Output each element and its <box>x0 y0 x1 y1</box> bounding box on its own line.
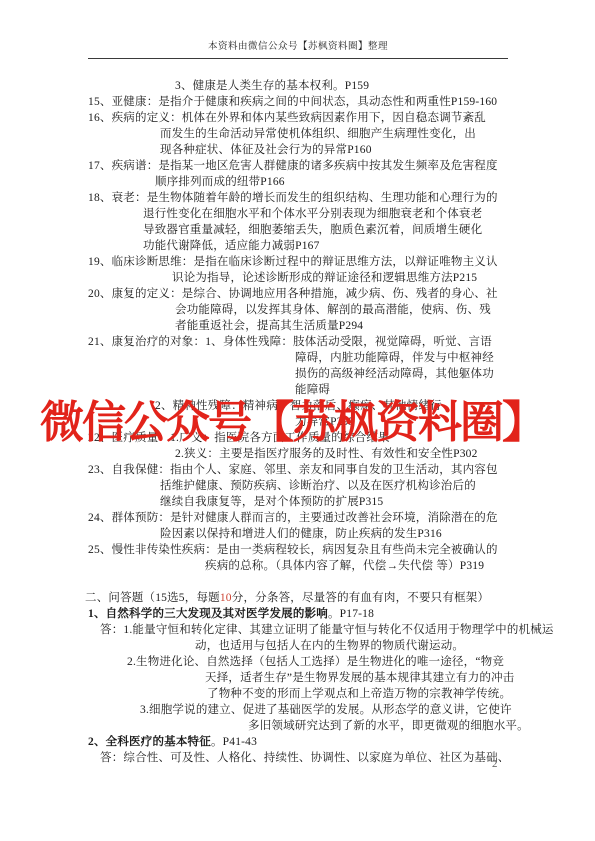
text-segment: 22、医疗质量：1.广义：指医院各方面工作质量的综合结果 <box>88 432 390 444</box>
text-segment: 24、群体预防：是针对健康人群而言的，主要通过改善社会环境，消除潜在的危 <box>88 512 498 524</box>
text-line: 答：综合性、可及性、人格化、持续性、协调性、以家庭为单位、社区为基础、 <box>0 750 595 766</box>
text-segment: 现各种症状、体征及社会行为的异常P160 <box>160 144 372 156</box>
text-line: 22、医疗质量：1.广义：指医院各方面工作质量的综合结果 <box>0 430 595 446</box>
text-line: 会功能障碍，以发挥其身体、解剖的最高潜能，使病、伤、残 <box>0 302 595 318</box>
text-segment: 险因素以保持和增进人们的健康，防止疾病的发生P316 <box>160 528 442 540</box>
text-segment: 导致器官重量减轻，细胞萎缩丢失，胞质色素沉着，间质增生硬化 <box>143 224 482 236</box>
text-line: 疾病的总称。（具体内容了解，代偿→失代偿 等）P319 <box>0 558 595 574</box>
text-line: 多旧领域研究达到了新的水平，即更微观的细胞水平。 <box>0 718 595 734</box>
text-line: 天择，适者生存”是生物界发展的基本规律其建立有力的冲击 <box>0 670 595 686</box>
text-line: 21、康复治疗的对象：1、身体性残障：肢体活动受限，视觉障碍，听觉、言语 <box>0 334 595 350</box>
text-segment: 25、慢性非传染性疾病：是由一类病程较长，病因复杂且有些尚未完全被确认的 <box>88 544 498 556</box>
text-segment: 15、亚健康：是指介于健康和疾病之间的中间状态，具动态性和两重性P159-160 <box>88 96 497 108</box>
text-line: 为异常P295 <box>0 414 595 430</box>
text-segment: 23、自我保健：指由个人、家庭、邻里、亲友和同事自发的卫生活动，其内容包 <box>88 464 498 476</box>
text-segment: 功能代谢降低，适应能力减弱P167 <box>143 240 320 252</box>
text-line: 了物种不变的形而上学观点和上帝造万物的宗教神学传统。 <box>0 686 595 702</box>
text-line: 15、亚健康：是指介于健康和疾病之间的中间状态，具动态性和两重性P159-160 <box>0 94 595 110</box>
text-segment: 2.生物进化论、自然选择（包括人工选择）是生物进化的唯一途径，“物竞 <box>127 656 504 668</box>
text-segment: 16、疾病的定义：机体在外界和体内某些致病因素作用下，因自稳态调节紊乱 <box>88 112 486 124</box>
text-segment: 而发生的生命活动异常使机体组织、细胞产生病理性变化，出 <box>160 128 476 140</box>
text-segment: 21、康复治疗的对象：1、身体性残障：肢体活动受限，视觉障碍，听觉、言语 <box>88 336 492 348</box>
text-segment: 18、衰老：是生物体随着年龄的增长而发生的组织结构、生理功能和心理行为的 <box>88 192 498 204</box>
text-segment: 1、自然科学的三大发现及其对医学发展的影响 <box>88 608 328 620</box>
text-line: 2、精神性残障：精神病、智力落后、癫痫、其他情绪行 <box>0 398 595 414</box>
document-page: 本资料由微信公众号【苏枫资料圈】整理 3、健康是人类生存的基本权利。P15915… <box>0 0 595 841</box>
text-segment: 答：综合性、可及性、人格化、持续性、协调性、以家庭为单位、社区为基础、 <box>100 752 510 764</box>
text-line: 20、康复的定义：是综合、协调地应用各种措施，减少病、伤、残者的身心、社 <box>0 286 595 302</box>
text-segment: 者能重返社会，提高其生活质量P294 <box>175 320 363 332</box>
text-line: 答：1.能量守恒和转化定律、其建立证明了能量守恒与转化不仅适用于物理学中的机械运 <box>0 622 595 638</box>
header-note: 本资料由微信公众号【苏枫资料圈】整理 <box>88 38 508 59</box>
text-segment: 能障碍 <box>295 384 330 396</box>
text-line: 2.生物进化论、自然选择（包括人工选择）是生物进化的唯一途径，“物竞 <box>0 654 595 670</box>
text-segment: 2、全科医疗的基本特征 <box>88 736 211 748</box>
text-line: 能障碍 <box>0 382 595 398</box>
text-line: 二、问答题（15选5，每题10分，分条答，尽量答的有血有肉，不要只有框架） <box>0 590 595 606</box>
text-line: 1、自然科学的三大发现及其对医学发展的影响。P17-18 <box>0 606 595 622</box>
text-line: 24、群体预防：是针对健康人群而言的，主要通过改善社会环境，消除潜在的危 <box>0 510 595 526</box>
text-segment: 识论为指导，论述诊断形成的辩证途径和逻辑思维方法P215 <box>172 272 477 284</box>
text-segment: 。P41-43 <box>211 736 257 748</box>
header-text: 本资料由微信公众号【苏枫资料圈】整理 <box>208 42 388 52</box>
text-segment: 20、康复的定义：是综合、协调地应用各种措施，减少病、伤、残者的身心、社 <box>88 288 498 300</box>
text-segment: 疾病的总称。（具体内容了解，代偿→失代偿 等）P319 <box>205 560 484 572</box>
text-line: 退行性变化在细胞水平和个体水平分别表现为细胞衰老和个体衰老 <box>0 206 595 222</box>
text-segment: 障碍，内脏功能障碍，伴发与中枢神经 <box>295 352 494 364</box>
text-segment: 损伤的高级神经活动障碍，其他躯体功 <box>295 368 494 380</box>
text-segment: 为异常P295 <box>295 416 355 428</box>
page-number: 2 <box>492 758 498 770</box>
text-line: 识论为指导，论述诊断形成的辩证途径和逻辑思维方法P215 <box>0 270 595 286</box>
text-segment: 答：1.能量守恒和转化定律、其建立证明了能量守恒与转化不仅适用于物理学中的机械运 <box>100 624 554 636</box>
text-line: 导致器官重量减轻，细胞萎缩丢失，胞质色素沉着，间质增生硬化 <box>0 222 595 238</box>
text-segment: 天择，适者生存”是生物界发展的基本规律其建立有力的冲击 <box>205 672 515 684</box>
text-segment: 2、精神性残障：精神病、智力落后、癫痫、其他情绪行 <box>155 400 442 412</box>
text-line: 顺序排列而成的纽带P166 <box>0 174 595 190</box>
text-line: 障碍，内脏功能障碍，伴发与中枢神经 <box>0 350 595 366</box>
text-line: 3.细胞学说的建立、促进了基础医学的发展。从形态学的意义讲，它使许 <box>0 702 595 718</box>
document-body: 3、健康是人类生存的基本权利。P15915、亚健康：是指介于健康和疾病之间的中间… <box>0 78 595 766</box>
text-segment: 3.细胞学说的建立、促进了基础医学的发展。从形态学的意义讲，它使许 <box>140 704 512 716</box>
text-segment: 分，分条答，尽量答的有血有肉，不要只有框架） <box>232 592 489 604</box>
text-segment: 2.狭义：主要是指医疗服务的及时性、有效性和安全性P302 <box>175 448 478 460</box>
text-segment: 退行性变化在细胞水平和个体水平分别表现为细胞衰老和个体衰老 <box>143 208 482 220</box>
text-line: 23、自我保健：指由个人、家庭、邻里、亲友和同事自发的卫生活动，其内容包 <box>0 462 595 478</box>
text-line: 2、全科医疗的基本特征。P41-43 <box>0 734 595 750</box>
highlighted-text: 10 <box>220 592 232 604</box>
text-segment: 3、健康是人类生存的基本权利。P159 <box>175 80 369 92</box>
text-segment: 17、疾病谱：是指某一地区危害人群健康的诸多疾病中按其发生频率及危害程度 <box>88 160 498 172</box>
blank-line <box>0 574 595 590</box>
text-line: 损伤的高级神经活动障碍，其他躯体功 <box>0 366 595 382</box>
text-line: 继续自我康复等，是对个体预防的扩展P315 <box>0 494 595 510</box>
text-line: 2.狭义：主要是指医疗服务的及时性、有效性和安全性P302 <box>0 446 595 462</box>
text-segment: 顺序排列而成的纽带P166 <box>155 176 285 188</box>
text-line: 功能代谢降低，适应能力减弱P167 <box>0 238 595 254</box>
text-segment: 会功能障碍，以发挥其身体、解剖的最高潜能，使病、伤、残 <box>175 304 491 316</box>
text-line: 19、临床诊断思维：是指在临床诊断过程中的辩证思维方法，以辩证唯物主义认 <box>0 254 595 270</box>
text-line: 动，也适用与包括人在内的生物界的物质代谢运动。 <box>0 638 595 654</box>
text-line: 括维护健康、预防疾病、诊断治疗、以及在医疗机构诊治后的 <box>0 478 595 494</box>
text-segment: 动，也适用与包括人在内的生物界的物质代谢运动。 <box>195 640 464 652</box>
text-line: 者能重返社会，提高其生活质量P294 <box>0 318 595 334</box>
text-line: 25、慢性非传染性疾病：是由一类病程较长，病因复杂且有些尚未完全被确认的 <box>0 542 595 558</box>
text-line: 现各种症状、体征及社会行为的异常P160 <box>0 142 595 158</box>
text-segment: 继续自我康复等，是对个体预防的扩展P315 <box>160 496 383 508</box>
text-segment: 多旧领域研究达到了新的水平，即更微观的细胞水平。 <box>248 720 529 732</box>
text-line: 而发生的生命活动异常使机体组织、细胞产生病理性变化，出 <box>0 126 595 142</box>
text-segment: 19、临床诊断思维：是指在临床诊断过程中的辩证思维方法，以辩证唯物主义认 <box>88 256 498 268</box>
text-segment: 括维护健康、预防疾病、诊断治疗、以及在医疗机构诊治后的 <box>160 480 476 492</box>
text-segment: 。P17-18 <box>328 608 374 620</box>
text-line: 险因素以保持和增进人们的健康，防止疾病的发生P316 <box>0 526 595 542</box>
text-line: 3、健康是人类生存的基本权利。P159 <box>0 78 595 94</box>
text-segment: 了物种不变的形而上学观点和上帝造万物的宗教神学传统。 <box>207 688 511 700</box>
text-segment: 二、问答题（15选5，每题 <box>85 592 220 604</box>
text-line: 17、疾病谱：是指某一地区危害人群健康的诸多疾病中按其发生频率及危害程度 <box>0 158 595 174</box>
text-line: 18、衰老：是生物体随着年龄的增长而发生的组织结构、生理功能和心理行为的 <box>0 190 595 206</box>
text-line: 16、疾病的定义：机体在外界和体内某些致病因素作用下，因自稳态调节紊乱 <box>0 110 595 126</box>
